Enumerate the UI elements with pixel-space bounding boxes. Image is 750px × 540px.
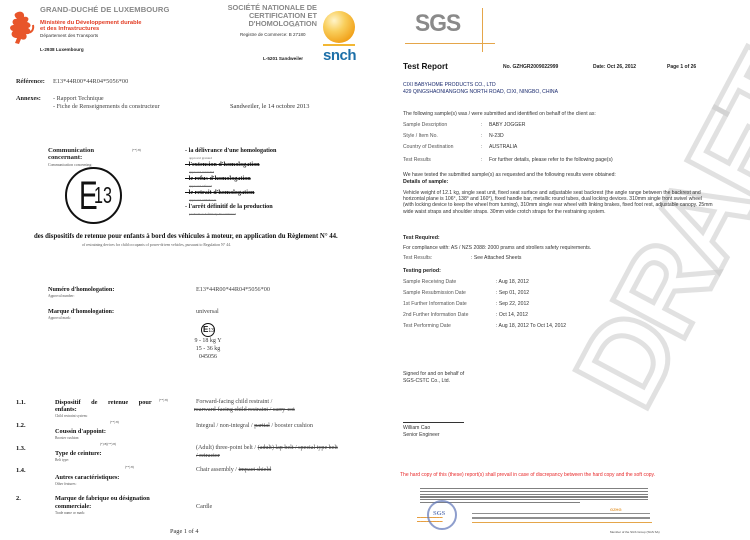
testing-period-label: 2nd Further Information Date [403,312,468,318]
reference-label: Référence: [16,78,45,85]
sample-field-label: Country of Destination [403,144,453,150]
test-results-label: Test Results: [403,255,432,261]
field-colon: : [481,122,482,128]
approval-mark-value: universal [196,308,219,315]
sample-field-value: N-23D [489,133,504,139]
communication-option: - la délivrance d'une homologation [185,147,276,154]
item-number: 1.4. [16,467,26,474]
stamp-text: SGS [433,510,445,517]
item-footnote: (**) 8) [110,420,119,424]
item-number: 2. [16,495,21,502]
testing-period-value: : Sep 22, 2012 [496,301,529,307]
item-number: 1.3. [16,445,26,452]
signatory-name: William Cao [403,425,430,431]
mark-weight-line: 9 - 18 kg Y [178,338,238,344]
item-footnote: (*) 8)(**) 8) [100,442,116,446]
approval-mark-label: Marque d'homologation: [48,308,114,315]
communication-option: - le refus d'homologation [185,175,251,182]
ministry-line-2: et des Infrastructures [40,26,141,32]
page-number: Page 1 of 4 [170,528,199,535]
item-sublabel: Other features: [55,482,76,486]
snch-logo-text: snch [323,47,356,64]
item-sublabel: Trade name or mark: [55,511,85,515]
draft-watermark: DRAFT [548,38,750,428]
item-value-struck: / retractor [196,453,220,459]
sample-field-label: Style / Item No. [403,133,438,139]
item-label: Type de ceinture: [55,450,102,457]
sgs-logo-rule [482,8,483,52]
value-struck: partial [254,423,270,429]
approval-certificate-page: GRAND-DUCHÉ DE LUXEMBOURG Ministère du D… [0,0,375,540]
annex-item: - Fiche de Renseignements du constructeu… [53,103,160,110]
item-value: (Adult) three-point belt / (adult) lap b… [196,445,338,451]
field-colon: : [481,157,482,163]
regulation-translation: of restraining devices for child occupan… [82,243,231,247]
reference-value: E13*44R00*44R04*5056*00 [53,78,128,85]
approval-number-label: Numéro d'homologation: [48,286,114,293]
sample-field-label: Sample Description [403,122,447,128]
communication-label-line-1: Communication [48,147,94,154]
testing-period-value: : Aug 18, 2012 [496,279,529,285]
e13-approval-circle-icon: E 13 [65,167,122,224]
communication-label-line-2: concernant: [48,154,94,161]
commerce-register: Registre de Commerce: B 27180 [240,32,306,37]
approval-number-sublabel: Approval number: [48,294,74,298]
lion-emblem-icon [6,10,36,46]
tested-statement: We have tested the submitted sample(s) a… [403,172,616,178]
sample-field-label: Test Results [403,157,431,163]
test-required-text: For compliance with: AS / NZS 2088: 2000… [403,245,591,251]
test-results-value: : See Attached Sheets [471,255,521,261]
item-number: 1.2. [16,422,26,429]
field-colon: : [481,144,482,150]
communication-option-sub: approval withdrawn [189,198,216,202]
country-header: GRAND-DUCHÉ DE LUXEMBOURG [40,5,169,14]
report-page: Page 1 of 26 [667,64,696,70]
communication-sublabel: Communication concerning: [48,163,92,167]
item-sublabel: Booster cushion: [55,436,79,440]
ministry-name: Ministère du Développement durable et de… [40,20,141,33]
item-sublabel: Child restraint system: [55,414,88,418]
field-colon: : [481,133,482,139]
communication-option-sub: production definitely discontinued [189,212,236,216]
value-struck: impact shield [238,467,271,473]
communication-option: - l'arrêt définitif de la production [185,203,273,210]
footer-branch-code: GZHG [610,507,622,512]
mark-number: 13 [208,328,214,334]
report-date: Date: Oct 26, 2012 [593,64,636,70]
report-title: Test Report [403,62,448,71]
item-number: 1.1. [16,399,26,406]
communication-option-sub: approval refused [189,184,212,188]
signed-on-behalf: Signed for and on behalf of [403,371,464,377]
footer-member-note: Member of the SGS Group (SGS SA) [610,530,660,534]
communication-option: - le retrait d'homologation [185,189,255,196]
value-struck: (adult) lap belt / special type belt [258,445,338,451]
testing-period-value: : Aug 18, 2012 To Oct 14, 2012 [496,323,566,329]
mark-approval-code: 045056 [178,354,238,360]
test-required-heading: Test Required: [403,235,440,241]
e13-mark-small-icon: E13 [201,323,215,337]
sample-field-value: For further details, please refer to the… [489,157,613,163]
details-text: Vehicle weight of 12.1 kg, single seat u… [403,190,713,215]
org-legal-form: s.à r.l. [290,24,300,28]
testing-period-label: Sample Receiving Date [403,279,456,285]
approval-mark-sublabel: Approval mark: [48,316,71,320]
footer-contact-rows [472,513,650,522]
signature-line [403,422,464,423]
sample-field-value: BABY JOGGER [489,122,525,128]
item-value: Cardle [196,504,212,510]
item-value: Integral / non-integral / partial / boos… [196,423,313,429]
item-label: Marque de fabrique ou désignation [55,495,150,502]
communication-option-sub: approval extended [189,170,214,174]
value-text: Chair assembly / [196,467,238,473]
test-results-text: See Attached Sheets [474,255,522,261]
item-footnote: (**) 8) [125,465,134,469]
snch-logo-sphere-icon [323,11,355,43]
value-text: Integral / non-integral / [196,423,254,429]
item-footnote: (**) 8) [159,398,168,402]
sample-field-value: AUSTRALIA [489,144,517,150]
value-tail: / booster cushion [270,423,313,429]
communication-option-sub: approval granted [189,156,212,160]
testing-period-value: : Oct 14, 2012 [496,312,528,318]
signed-company: SGS-CSTC Co., Ltd. [403,378,450,384]
testing-period-value: : Sep 01, 2012 [496,290,529,296]
item-label: Autres caractéristiques: [55,474,119,481]
place-and-date: Sandweiler, le 14 octobre 2013 [230,103,309,110]
annex-item: - Rapport Technique [53,95,104,102]
signatory-title: Senior Engineer [403,432,440,438]
test-report-page: DRAFT SGS Test Report No. GZHGR200902299… [375,0,750,540]
approval-number-value: E13*44R00*44R04*5056*00 [196,286,270,293]
item-value: Forward-facing child restraint / [196,399,272,405]
hard-copy-notice: The hard copy of this (these) report(s) … [400,472,655,478]
item-label-cont: enfants: [55,406,77,413]
item-sublabel: Belt type: [55,458,69,462]
communication-footnote: (**) 8) [132,148,141,152]
testing-period-heading: Testing period: [403,268,441,274]
details-heading: Details of sample: [403,179,448,185]
snch-address: L-5201 Sandweiler [263,56,303,61]
item-value: Chair assembly / impact shield [196,467,271,473]
client-name: CIXI BABYHOME PRODUCTS CO., LTD [403,82,496,88]
testing-period-label: Sample Resubmission Date [403,290,466,296]
item-label: Coussin d'appoint: [55,428,106,435]
communication-label: Communication concernant: [48,147,94,161]
client-address: 429 QINGSHAONIANGONG NORTH ROAD, CIXI, N… [403,89,558,95]
annexes-label: Annexes: [16,95,41,102]
item-label-cont: commerciale: [55,503,91,510]
submission-intro: The following sample(s) was / were submi… [403,111,596,117]
item-value-struck: rearward-facing child restraint / carry-… [194,407,295,413]
snch-logo-bar [323,44,355,46]
testing-period-label: Test Performing Date [403,323,451,329]
footer-rule [472,522,652,523]
communication-option: - l'extension d'homologation [185,161,260,168]
report-number: No. GZHGR2009022999 [503,64,558,70]
value-text: (Adult) three-point belt / [196,445,258,451]
testing-period-label: 1st Further Information Date [403,301,467,307]
sgs-stamp-icon: SGS [427,500,457,530]
mark-weight-line: 15 - 36 kg [178,346,238,352]
item-label: Dispositif de retenue pour [55,399,152,406]
ministry-address: L-2938 Luxembourg [40,47,84,52]
department-name: Département des Transports [40,33,98,38]
sgs-logo: SGS [415,10,460,38]
regulation-statement: des dispositifs de retenue pour enfants … [34,233,338,240]
e-mark-number: 13 [94,182,112,208]
